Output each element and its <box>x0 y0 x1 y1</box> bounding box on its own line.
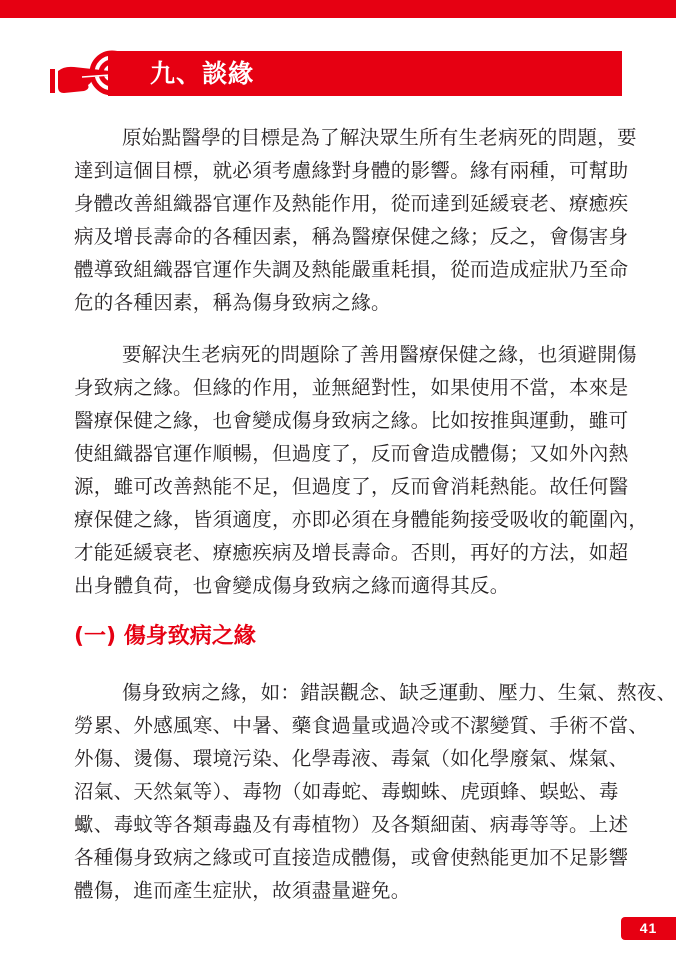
text-line: 源，雖可改善熱能不足，但過度了，反而會消耗熱能。故任何醫 <box>74 470 604 503</box>
text-line: 危的各種因素，稱為傷身致病之緣。 <box>74 286 604 319</box>
text-line: 外傷、燙傷、環境污染、化學毒液、毒氣（如化學廢氣、煤氣、 <box>74 742 604 775</box>
paragraph-1: 原始點醫學的目標是為了解決眾生所有生老病死的問題，要 達到這個目標，就必須考慮緣… <box>74 121 604 319</box>
text-line: 醫療保健之緣，也會變成傷身致病之緣。比如按推與運動，雖可 <box>74 404 604 437</box>
text-line: 身致病之緣。但緣的作用，並無絕對性，如果使用不當，本來是 <box>74 371 604 404</box>
text-line: 才能延緩衰老、療癒疾病及增長壽命。否則，再好的方法，如超 <box>74 536 604 569</box>
section-heading: (一) 傷身致病之緣 <box>74 619 256 650</box>
text-line: 蠍、毒蚊等各類毒蟲及有毒植物）及各類細菌、病毒等等。上述 <box>74 808 604 841</box>
text-line: 勞累、外感風寒、中暑、藥食過量或過冷或不潔變質、手術不當、 <box>74 709 604 742</box>
chapter-title: 九、談緣 <box>150 51 254 96</box>
text-line: 沼氣、天然氣等）、毒物（如毒蛇、毒蜘蛛、虎頭蜂、蜈蚣、毒 <box>74 775 604 808</box>
paragraph-2: 要解決生老病死的問題除了善用醫療保健之緣，也須避開傷 身致病之緣。但緣的作用，並… <box>74 338 604 602</box>
page-number: 41 <box>621 917 676 940</box>
text-line: 體導致組織器官運作失調及熱能嚴重耗損，從而造成症狀乃至命 <box>74 253 604 286</box>
text-line: 原始點醫學的目標是為了解決眾生所有生老病死的問題，要 <box>74 121 604 154</box>
text-line: 要解決生老病死的問題除了善用醫療保健之緣，也須避開傷 <box>74 338 604 371</box>
text-line: 體傷，進而產生症狀，故須盡量避免。 <box>74 874 604 907</box>
paragraph-3: 傷身致病之緣，如：錯誤觀念、缺乏運動、壓力、生氣、熬夜、 勞累、外感風寒、中暑、… <box>74 676 604 907</box>
text-line: 身體改善組織器官運作及熱能作用，從而達到延緩衰老、療癒疾 <box>74 187 604 220</box>
text-line: 傷身致病之緣，如：錯誤觀念、缺乏運動、壓力、生氣、熬夜、 <box>74 676 604 709</box>
text-line: 各種傷身致病之緣或可直接造成體傷，或會使熱能更加不足影響 <box>74 841 604 874</box>
text-line: 出身體負荷，也會變成傷身致病之緣而適得其反。 <box>74 569 604 602</box>
text-line: 療保健之緣，皆須適度，亦即必須在身體能夠接受吸收的範圍內， <box>74 503 604 536</box>
top-header-bar <box>0 0 676 18</box>
text-line: 病及增長壽命的各種因素，稱為醫療保健之緣；反之，會傷害身 <box>74 220 604 253</box>
text-line: 使組織器官運作順暢，但過度了，反而會造成體傷；又如外內熱 <box>74 437 604 470</box>
text-line: 達到這個目標，就必須考慮緣對身體的影響。緣有兩種，可幫助 <box>74 154 604 187</box>
